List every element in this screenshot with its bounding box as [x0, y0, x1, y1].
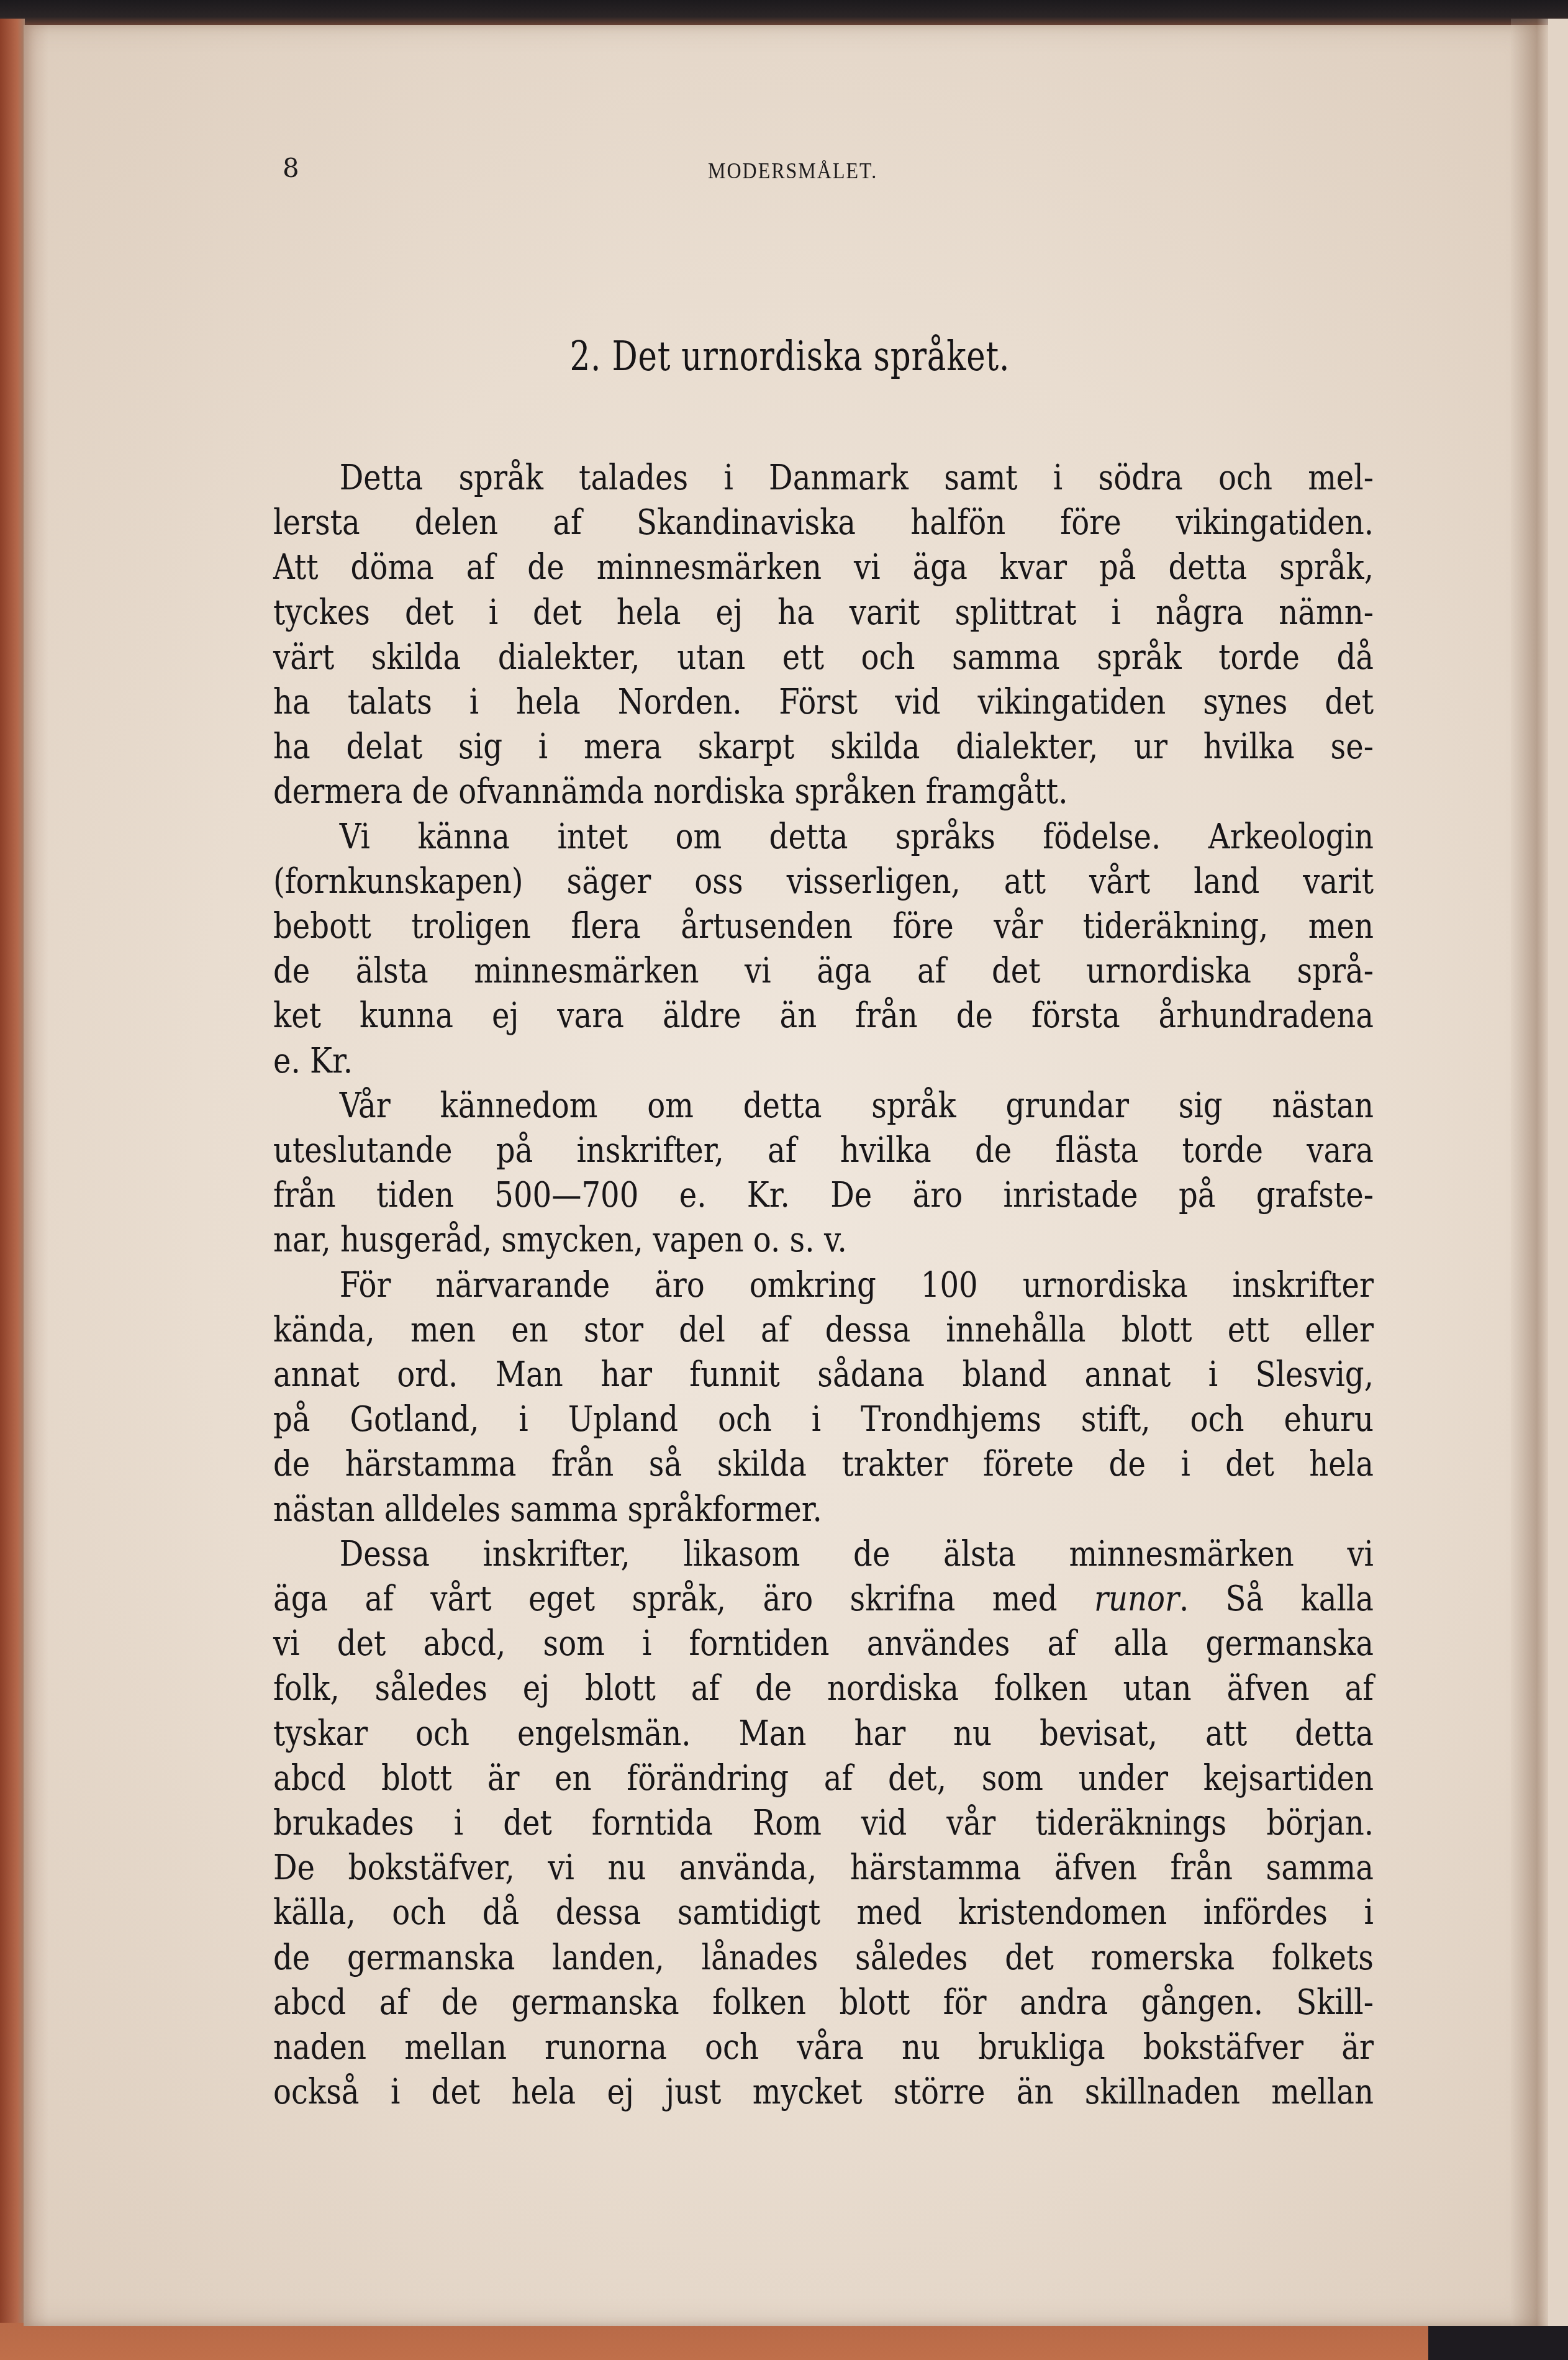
- next-page-edge: [1548, 19, 1568, 2326]
- text-line: folk, således ej blott af de nordiska fo…: [273, 1666, 1220, 1711]
- text-line: nar, husgeråd, smycken, vapen o. s. v.: [273, 1218, 1220, 1263]
- text-line: ha talats i hela Norden. Först vid vikin…: [273, 680, 1220, 725]
- text-line: ket kunna ej vara äldre än från de först…: [273, 994, 1220, 1038]
- text-line: på Gotland, i Upland och i Trondhjems st…: [273, 1397, 1220, 1442]
- italic-term: runor: [1094, 1579, 1179, 1619]
- text-line: äga af vårt eget språk, äro skrifna med …: [273, 1577, 1220, 1622]
- text-line: källa, och då dessa samtidigt med kriste…: [273, 1890, 1220, 1935]
- page-edge-shadow: [1511, 19, 1548, 2326]
- section-heading: 2. Det urnordiska språket.: [178, 332, 1401, 380]
- text-line: abcd blott är en förändring af det, som …: [273, 1756, 1220, 1801]
- text-line: annat ord. Man har funnit sådana bland a…: [273, 1353, 1220, 1397]
- text-line: brukades i det forntida Rom vid vår tide…: [273, 1801, 1220, 1846]
- text-line: de germanska landen, lånades således det…: [273, 1936, 1220, 1981]
- book-cover-bottom: [0, 2323, 1568, 2360]
- text-line: de härstamma från så skilda trakter före…: [273, 1442, 1220, 1487]
- book-cover-left: [0, 19, 25, 2360]
- text-line: ha delat sig i mera skarpt skilda dialek…: [273, 725, 1220, 769]
- book-cover-top: [0, 0, 1568, 28]
- text-line: från tiden 500—700 e. Kr. De äro inrista…: [273, 1173, 1220, 1218]
- text-line: För närvarande äro omkring 100 urnordisk…: [273, 1263, 1220, 1308]
- text-line: Dessa inskrifter, likasom de älsta minne…: [273, 1532, 1220, 1577]
- text-line: abcd af de germanska folken blott för an…: [273, 1981, 1220, 2025]
- text-line: dermera de ofvannämda nordiska språken f…: [273, 769, 1220, 814]
- text-line: Vi känna intet om detta språks födelse. …: [273, 815, 1220, 860]
- text-line: Detta språk talades i Danmark samt i söd…: [273, 456, 1220, 501]
- page-number: 8: [283, 153, 299, 183]
- text-line: tyckes det i det hela ej ha varit splitt…: [273, 591, 1220, 635]
- text-line: Vår kännedom om detta språk grundar sig …: [273, 1084, 1220, 1128]
- text-line: Att döma af de minnesmärken vi äga kvar …: [273, 545, 1220, 590]
- text-line: kända, men en stor del af dessa innehåll…: [273, 1308, 1220, 1353]
- text-line: vi det abcd, som i forntiden användes af…: [273, 1622, 1220, 1666]
- text-line: tyskar och engelsmän. Man har nu bevisat…: [273, 1712, 1220, 1756]
- running-title: MODERSMÅLET.: [708, 158, 877, 184]
- page-gutter-shadow: [24, 25, 48, 2326]
- running-header: 8 MODERSMÅLET.: [0, 148, 1568, 185]
- text-line: värt skilda dialekter, utan ett och samm…: [273, 635, 1220, 680]
- text-line: de älsta minnesmärken vi äga af det urno…: [273, 949, 1220, 994]
- text-line: lersta delen af Skandinaviska halfön för…: [273, 501, 1220, 545]
- text-line: nästan alldeles samma språkformer.: [273, 1487, 1220, 1532]
- text-line: också i det hela ej just mycket större ä…: [273, 2070, 1220, 2115]
- text-line: e. Kr.: [273, 1039, 1220, 1084]
- text-line: bebott troligen flera årtusenden före vå…: [273, 904, 1220, 949]
- text-line: uteslutande på inskrifter, af hvilka de …: [273, 1128, 1220, 1173]
- text-line: (fornkunskapen) säger oss visserligen, a…: [273, 860, 1220, 904]
- text-line: naden mellan runorna och våra nu bruklig…: [273, 2025, 1220, 2070]
- text-line: De bokstäfver, vi nu använda, härstamma …: [273, 1846, 1220, 1890]
- background-dark-corner: [1428, 2326, 1568, 2360]
